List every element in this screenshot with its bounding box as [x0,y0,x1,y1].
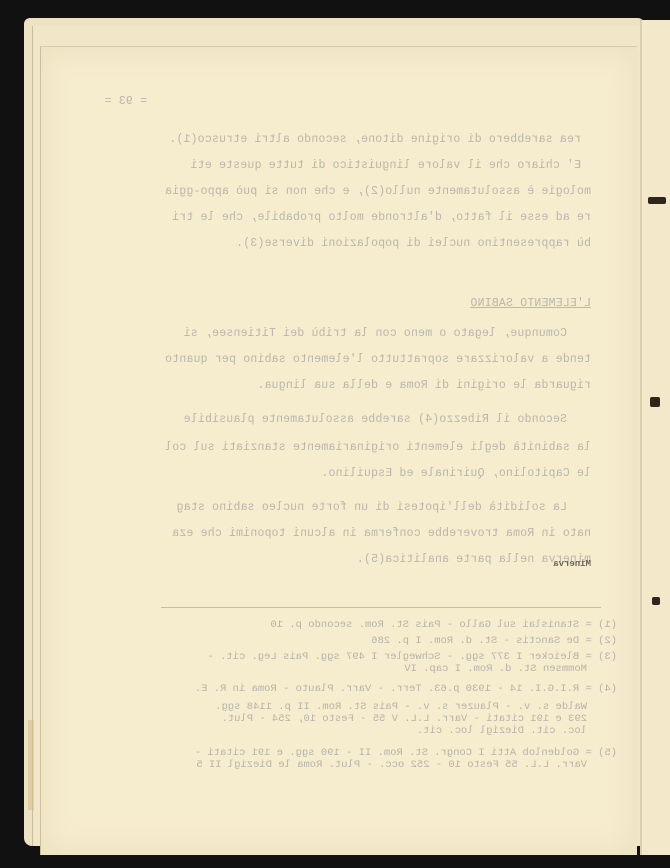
body-line: bù rappresentino nuclei di popolazioni d… [236,237,591,250]
edge-stain [28,720,34,810]
binding-clip-icon [652,597,660,605]
facing-page-edge [640,20,670,855]
body-line: La solidità dell'ipotesi di un forte nuc… [176,501,567,514]
body-line: mologie è assolutamente nullo(2), e che … [165,185,591,198]
footnote-2: (2) = De Sanctis - St. d. Rom. I p. 286 [371,635,617,647]
document-page: = 93 = rea sarebbero di origine ditone, … [40,46,637,855]
stamp-text: Minerva [553,559,591,569]
footnote-4-cont: 293 e 191 citati - Varr. L.L. V 55 - Fes… [222,713,587,725]
body-line: nato in Roma troverebbe conferma in alcu… [172,527,591,540]
binding-clip-icon [648,197,666,204]
body-line: E' chiaro che il valore linguistico di t… [190,159,581,172]
footnote-1: (1) = Stanislai sul Gallo - Pais St. Rom… [270,619,617,631]
mirrored-showthrough: = 93 = rea sarebbero di origine ditone, … [41,47,637,855]
body-line: re ad esse il fatto, d'altronde molto pr… [172,211,591,224]
body-line: Secondo il Ribezzo(4) sarebbe assolutame… [184,413,567,426]
body-line: la sabinità degli elementi originariamen… [165,441,591,454]
footnote-5: (5) = Goldenlob Atti I Congr. St. Rom. I… [195,747,617,759]
footnote-3: (3) = Bleicker I 377 sgg. - Schwegler I … [207,651,617,663]
page-marker: = 93 = [104,95,147,108]
body-line: Comunque, legato o meno con la tribù dei… [184,327,567,340]
body-line: riguarda le origini di Roma e della sua … [257,379,591,392]
footnote-4: (4) = R.I.G.I. 14 - 1930 p.63. Terr. - V… [195,683,617,695]
footnote-4-cont: loc. cit. Diezigl loc. cit. [417,725,587,737]
footnote-4-cont: Walde s. v. - Plauzer s. v. - Pais St. R… [215,701,587,713]
body-line: le Capitolino, Quirinale ed Esquilino. [321,467,591,480]
footnote-3-cont: Mommsen St. d. Rom. I cap. IV [404,663,587,675]
footnote-divider [161,607,601,608]
binding-clip-icon [650,397,660,407]
body-line: tende a valorizzare soprattutto l'elemen… [165,353,591,366]
body-line: rea sarebbero di origine ditone, secondo… [169,133,581,146]
footnote-5-cont: Varr. L.L. 55 Festo 10 - 252 occ. - Plut… [196,759,587,771]
section-heading: L'ELEMENTO SABINO [470,297,591,310]
